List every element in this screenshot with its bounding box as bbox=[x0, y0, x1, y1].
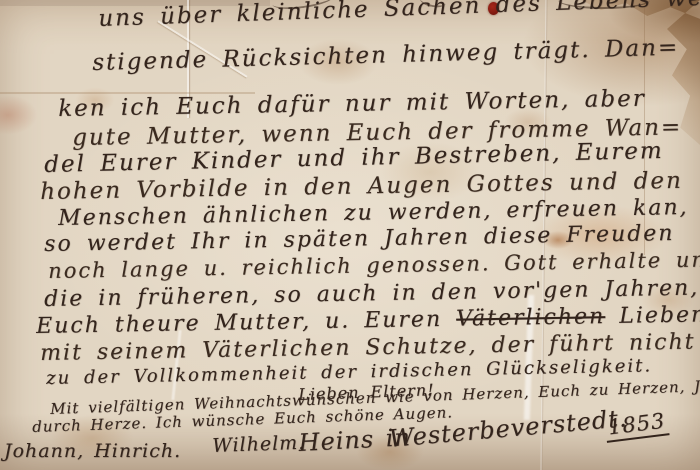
signature-first-names: Johann, Hinrich. bbox=[4, 442, 181, 461]
letter-line: stigende Rücksichten hinweg trägt. Dan= bbox=[92, 37, 679, 75]
letter-line-segment: Lieben bbox=[605, 302, 700, 329]
letter-line: uns über kleinliche Sachen des Lebens we… bbox=[98, 0, 700, 31]
struck-out-word: Väterlichen bbox=[456, 304, 606, 332]
letter-scan: uns über kleinliche Sachen des Lebens we… bbox=[0, 0, 700, 470]
signature-middle-name: Wilhelm. bbox=[212, 434, 306, 456]
signature-year-underlined: 1853 bbox=[604, 410, 670, 443]
